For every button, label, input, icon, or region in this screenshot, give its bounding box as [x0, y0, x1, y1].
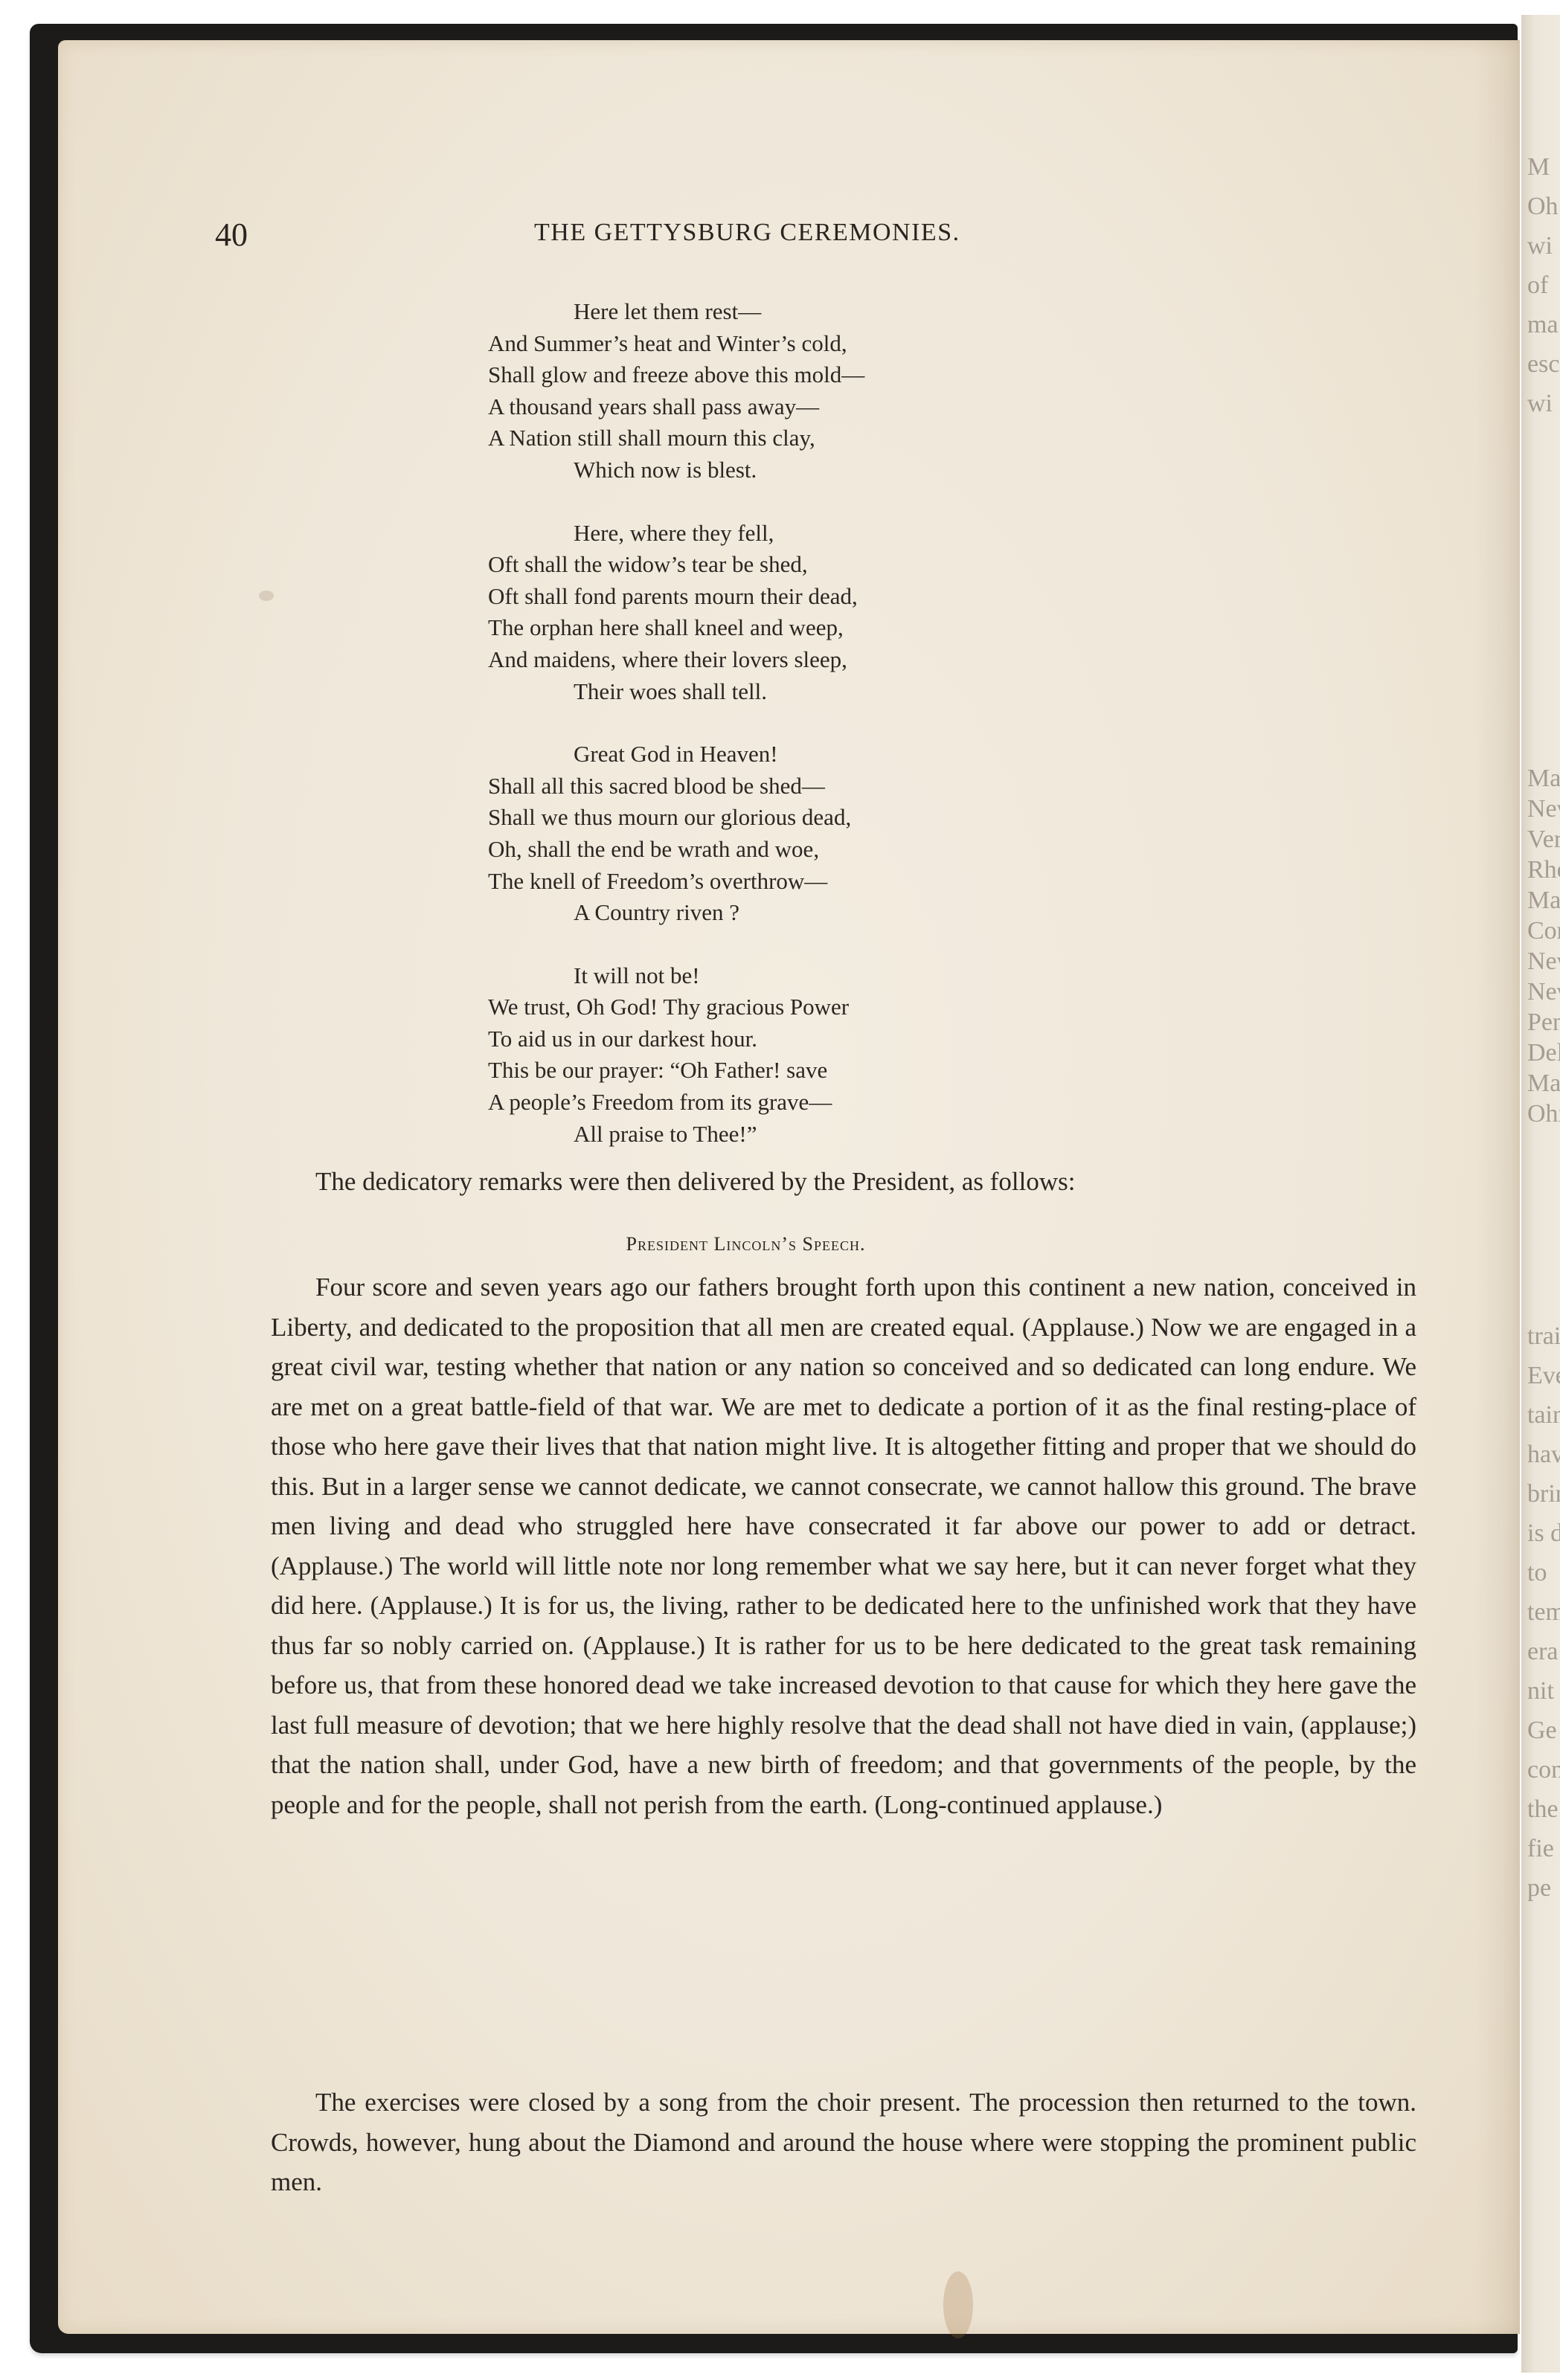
- speech-paragraph: Four score and seven years ago our fathe…: [271, 1267, 1416, 1824]
- verse-line: This be our prayer: “Oh Father! save: [488, 1055, 864, 1087]
- next-page-fragment: tem: [1527, 1600, 1560, 1625]
- running-head: 40 THE GETTYSBURG CEREMONIES.: [58, 216, 1520, 260]
- verse-line: A thousand years shall pass away—: [488, 391, 864, 423]
- page-number: 40: [215, 216, 248, 254]
- next-page-fragment: esc: [1527, 352, 1559, 377]
- next-page-fragment: Oh: [1527, 194, 1559, 219]
- verse-line: A Country riven ?: [488, 897, 864, 929]
- next-page-fragment: wi: [1527, 234, 1553, 259]
- next-page-fragment: New: [1527, 797, 1560, 822]
- next-page-fragment: Eve: [1527, 1363, 1560, 1389]
- next-page-fragment: wi: [1527, 391, 1553, 416]
- verse-line: The knell of Freedom’s overthrow—: [488, 866, 864, 898]
- verse-line: Here let them rest—: [488, 296, 864, 328]
- next-page-fragment: ma: [1527, 312, 1559, 338]
- speech-heading: President Lincoln’s Speech.: [58, 1233, 1520, 1255]
- verse-line: Oft shall the widow’s tear be shed,: [488, 549, 864, 581]
- next-page-fragment: Con: [1527, 919, 1560, 944]
- verse-line: All praise to Thee!”: [488, 1119, 864, 1151]
- verse-line: We trust, Oh God! Thy gracious Power: [488, 991, 864, 1023]
- verse-line: Oft shall fond parents mourn their dead,: [488, 581, 864, 613]
- verse-line: Here, where they fell,: [488, 518, 864, 550]
- next-page-fragment: brin: [1527, 1482, 1560, 1507]
- next-page-fragment: Ge: [1527, 1718, 1557, 1743]
- verse-line: To aid us in our darkest hour.: [488, 1023, 864, 1055]
- next-page-fragment: Mar: [1527, 1071, 1560, 1096]
- intro-paragraph: The dedicatory remarks were then deliver…: [271, 1162, 1461, 1202]
- verse-line: Which now is blest.: [488, 454, 864, 486]
- verse-line: A people’s Freedom from its grave—: [488, 1087, 864, 1119]
- verse-line: And maidens, where their lovers sleep,: [488, 644, 864, 676]
- verse-line: Shall glow and freeze above this mold—: [488, 359, 864, 391]
- book-page: 40 THE GETTYSBURG CEREMONIES. Here let t…: [58, 40, 1520, 2334]
- speech-heading-text: President Lincoln’s Speech.: [626, 1233, 866, 1255]
- closing-paragraph: The exercises were closed by a song from…: [271, 2082, 1416, 2202]
- verse-line: The orphan here shall kneel and weep,: [488, 612, 864, 644]
- next-page-fragment: Rho: [1527, 858, 1560, 883]
- next-page-fragment: con: [1527, 1757, 1560, 1783]
- verse-line: Shall all this sacred blood be shed—: [488, 771, 864, 803]
- next-page-fragment: Ver: [1527, 827, 1560, 852]
- next-page-fragment: Mai: [1527, 766, 1560, 791]
- poem-stanza: It will not be!We trust, Oh God! Thy gra…: [488, 960, 864, 1151]
- next-page-fragment: of: [1527, 273, 1548, 298]
- next-page-fragment: era: [1527, 1639, 1559, 1665]
- verse-line: A Nation still shall mourn this clay,: [488, 422, 864, 454]
- next-page-fragment: tain: [1527, 1403, 1560, 1428]
- next-page-fragment: nit: [1527, 1679, 1554, 1704]
- poem-stanza: Here, where they fell,Oft shall the wido…: [488, 518, 864, 708]
- next-page-fragment: Ohi: [1527, 1101, 1560, 1127]
- verse-line: Great God in Heaven!: [488, 739, 864, 771]
- next-page-fragment: is d: [1527, 1521, 1560, 1546]
- verse-line: Oh, shall the end be wrath and woe,: [488, 834, 864, 866]
- next-page-fragment: Del: [1527, 1041, 1560, 1066]
- poem: Here let them rest—And Summer’s heat and…: [488, 296, 864, 1181]
- next-page-fragment: hav: [1527, 1442, 1560, 1467]
- next-page-fragment: trai: [1527, 1324, 1560, 1349]
- next-page-fragment: M: [1527, 155, 1550, 180]
- verse-line: It will not be!: [488, 960, 864, 992]
- next-page-fragment: Mas: [1527, 888, 1560, 913]
- verse-line: Shall we thus mourn our glorious dead,: [488, 802, 864, 834]
- poem-stanza: Great God in Heaven!Shall all this sacre…: [488, 739, 864, 929]
- verse-line: Their woes shall tell.: [488, 676, 864, 708]
- next-page-fragment: to: [1527, 1560, 1547, 1586]
- poem-stanza: Here let them rest—And Summer’s heat and…: [488, 296, 864, 486]
- next-page-edge: MOhwiofmaescwiMaiNewVerRhoMasConNewNewPe…: [1521, 15, 1560, 2373]
- next-page-fragment: Pen: [1527, 1010, 1560, 1035]
- next-page-fragment: pe: [1527, 1876, 1551, 1901]
- next-page-fragment: fie: [1527, 1836, 1554, 1862]
- running-title: THE GETTYSBURG CEREMONIES.: [534, 219, 960, 247]
- next-page-fragment: New: [1527, 949, 1560, 974]
- verse-line: And Summer’s heat and Winter’s cold,: [488, 328, 864, 360]
- page-content: 40 THE GETTYSBURG CEREMONIES. Here let t…: [58, 40, 1520, 2334]
- next-page-fragment: New: [1527, 980, 1560, 1005]
- next-page-fragment: the: [1527, 1797, 1559, 1822]
